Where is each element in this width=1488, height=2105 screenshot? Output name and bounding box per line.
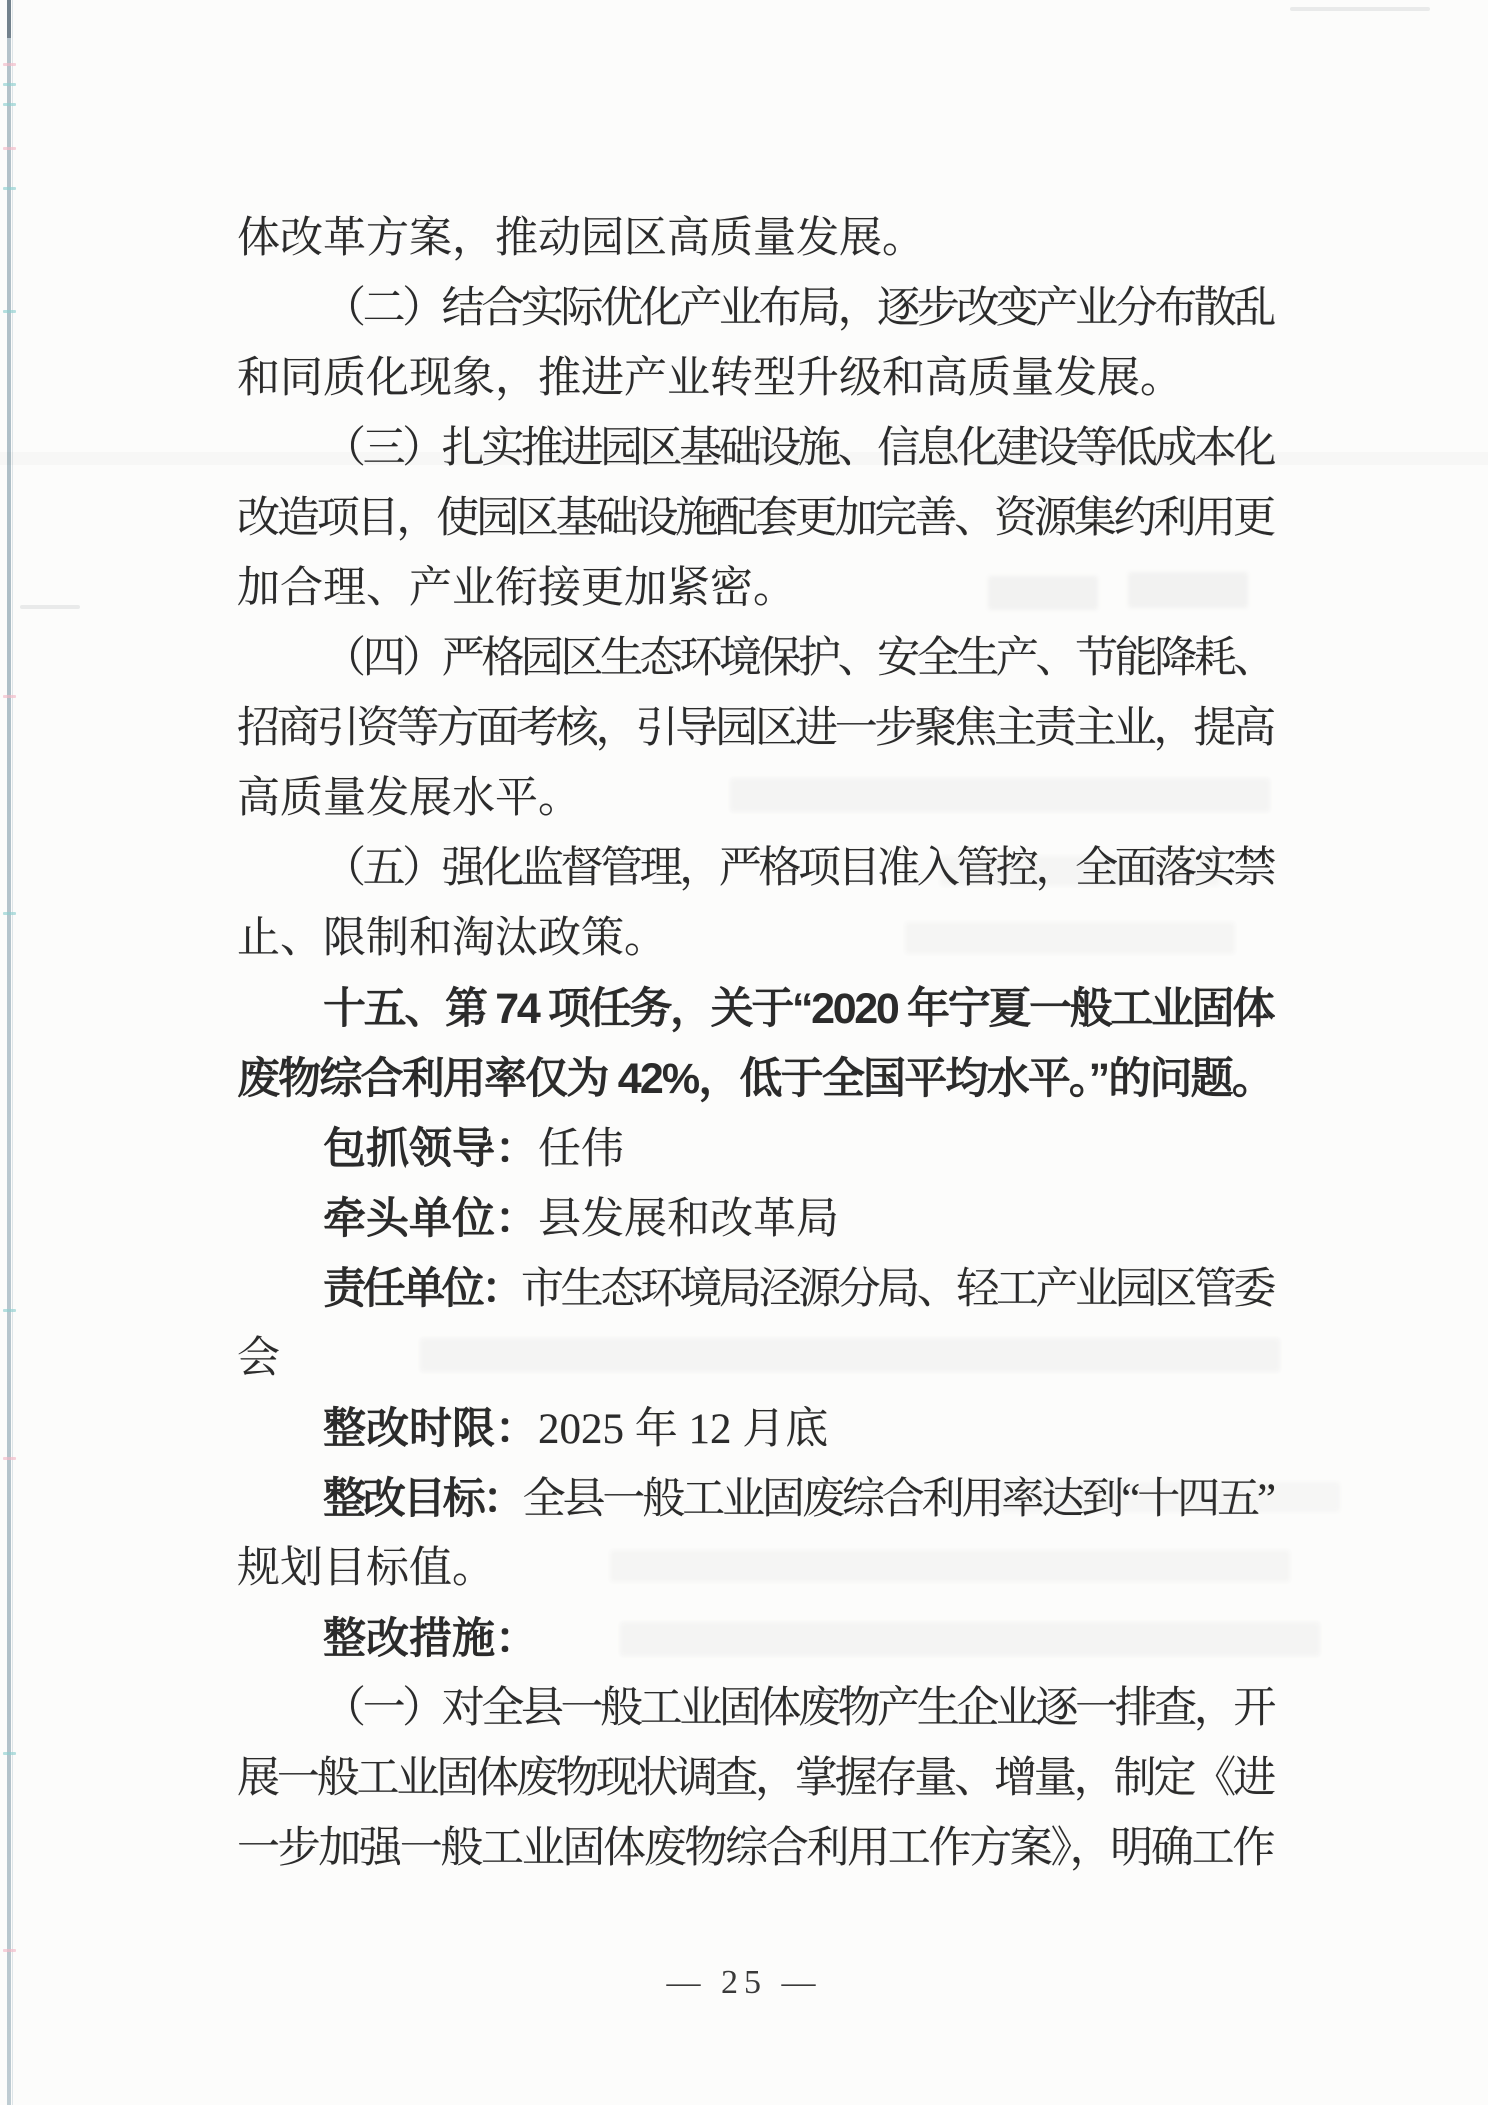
- text-line: 展一般工业固体废物现状调查，掌握存量、增量，制定《进: [237, 1744, 1273, 1814]
- scan-tick: [3, 103, 16, 106]
- text-line: 责任单位：市生态环境局泾源分局、轻工产业园区管委: [237, 1254, 1273, 1324]
- text-segment: 会: [237, 1335, 280, 1382]
- text-line: 会: [237, 1324, 1273, 1394]
- text-line: 牵头单位：县发展和改革局: [237, 1184, 1273, 1254]
- text-segment: 2025 年 12 月底: [538, 1406, 828, 1453]
- bold-text-segment: 整改措施：: [323, 1615, 538, 1663]
- scan-tick: [3, 1309, 16, 1312]
- text-line: （五）强化监督管理，严格项目准入管控，全面落实禁: [237, 834, 1273, 904]
- text-segment: 全县一般工业固废综合利用率达到“十四五”: [523, 1476, 1273, 1523]
- text-line: 和同质化现象，推进产业转型升级和高质量发展。: [237, 344, 1273, 414]
- text-line: 一步加强一般工业固体废物综合利用工作方案》，明确工作: [237, 1814, 1273, 1884]
- text-segment: 任伟: [538, 1126, 624, 1173]
- text-segment: （三）扎实推进园区基础设施、信息化建设等低成本化: [323, 425, 1273, 472]
- text-line: 规划目标值。: [237, 1534, 1273, 1604]
- text-line: （四）严格园区生态环境保护、安全生产、节能降耗、: [237, 624, 1273, 694]
- scan-tick: [3, 1457, 16, 1460]
- bold-text-segment: 废物综合利用率仅为 42%，低于全国平均水平。”的问题。: [237, 1055, 1273, 1103]
- scan-tick: [3, 187, 16, 190]
- scan-tick: [3, 912, 16, 915]
- text-line: 整改时限：2025 年 12 月底: [237, 1394, 1273, 1464]
- text-segment: （一）对全县一般工业固体废物产生企业逐一排查，开: [323, 1685, 1273, 1732]
- scan-edge-line-secondary: [12, 0, 13, 2105]
- text-line: 包抓领导：任伟: [237, 1114, 1273, 1184]
- text-segment: 改造项目，使园区基础设施配套更加完善、资源集约利用更: [237, 495, 1273, 542]
- bold-text-segment: 牵头单位：: [323, 1195, 538, 1243]
- text-segment: 体改革方案，推动园区高质量发展。: [237, 215, 925, 262]
- text-line: 高质量发展水平。: [237, 764, 1273, 834]
- text-line: （二）结合实际优化产业布局，逐步改变产业分布散乱: [237, 274, 1273, 344]
- scan-tick: [3, 695, 16, 698]
- bold-text-segment: 整改目标：: [323, 1475, 523, 1523]
- bold-text-segment: 责任单位：: [323, 1265, 521, 1313]
- bold-text-segment: 整改时限：: [323, 1405, 538, 1453]
- document-body: 体改革方案，推动园区高质量发展。（二）结合实际优化产业布局，逐步改变产业分布散乱…: [237, 204, 1273, 1884]
- text-line: （一）对全县一般工业固体废物产生企业逐一排查，开: [237, 1674, 1273, 1744]
- scan-tick: [3, 83, 16, 86]
- text-line: 体改革方案，推动园区高质量发展。: [237, 204, 1273, 274]
- text-segment: （四）严格园区生态环境保护、安全生产、节能降耗、: [323, 635, 1273, 682]
- scan-tick: [3, 310, 16, 313]
- scan-tick: [3, 147, 16, 150]
- page-number: — 25 —: [0, 1964, 1488, 2002]
- bold-text-segment: 包抓领导：: [323, 1125, 538, 1173]
- text-line: 改造项目，使园区基础设施配套更加完善、资源集约利用更: [237, 484, 1273, 554]
- text-line: 整改措施：: [237, 1604, 1273, 1674]
- scan-tick: [3, 1752, 16, 1755]
- paper-streak: [20, 605, 80, 609]
- text-segment: 止、限制和淘汰政策。: [237, 915, 667, 962]
- text-segment: 加合理、产业衔接更加紧密。: [237, 565, 796, 612]
- text-segment: （五）强化监督管理，严格项目准入管控，全面落实禁: [323, 845, 1273, 892]
- text-segment: 县发展和改革局: [538, 1196, 839, 1243]
- text-line: 加合理、产业衔接更加紧密。: [237, 554, 1273, 624]
- text-line: 十五、第 74 项任务，关于“2020 年宁夏一般工业固体: [237, 974, 1273, 1044]
- text-line: 废物综合利用率仅为 42%，低于全国平均水平。”的问题。: [237, 1044, 1273, 1114]
- text-segment: 市生态环境局泾源分局、轻工产业园区管委: [521, 1266, 1273, 1313]
- text-segment: 展一般工业固体废物现状调查，掌握存量、增量，制定《进: [237, 1755, 1273, 1802]
- paper-streak: [1290, 7, 1430, 11]
- text-line: （三）扎实推进园区基础设施、信息化建设等低成本化: [237, 414, 1273, 484]
- text-segment: （二）结合实际优化产业布局，逐步改变产业分布散乱: [323, 285, 1273, 332]
- document-page: 体改革方案，推动园区高质量发展。（二）结合实际优化产业布局，逐步改变产业分布散乱…: [0, 0, 1488, 2105]
- text-line: 招商引资等方面考核，引导园区进一步聚焦主责主业，提高: [237, 694, 1273, 764]
- text-segment: 规划目标值。: [237, 1545, 495, 1592]
- scan-edge-line: [7, 0, 11, 2105]
- bold-text-segment: 十五、第 74 项任务，关于“2020 年宁夏一般工业固体: [323, 985, 1273, 1033]
- text-line: 止、限制和淘汰政策。: [237, 904, 1273, 974]
- text-segment: 一步加强一般工业固体废物综合利用工作方案》，明确工作: [237, 1825, 1273, 1872]
- text-segment: 和同质化现象，推进产业转型升级和高质量发展。: [237, 355, 1183, 402]
- text-line: 整改目标：全县一般工业固废综合利用率达到“十四五”: [237, 1464, 1273, 1534]
- text-segment: 招商引资等方面考核，引导园区进一步聚焦主责主业，提高: [237, 705, 1273, 752]
- text-segment: 高质量发展水平。: [237, 775, 581, 822]
- scan-tick: [3, 63, 16, 66]
- scan-tick: [3, 1949, 16, 1952]
